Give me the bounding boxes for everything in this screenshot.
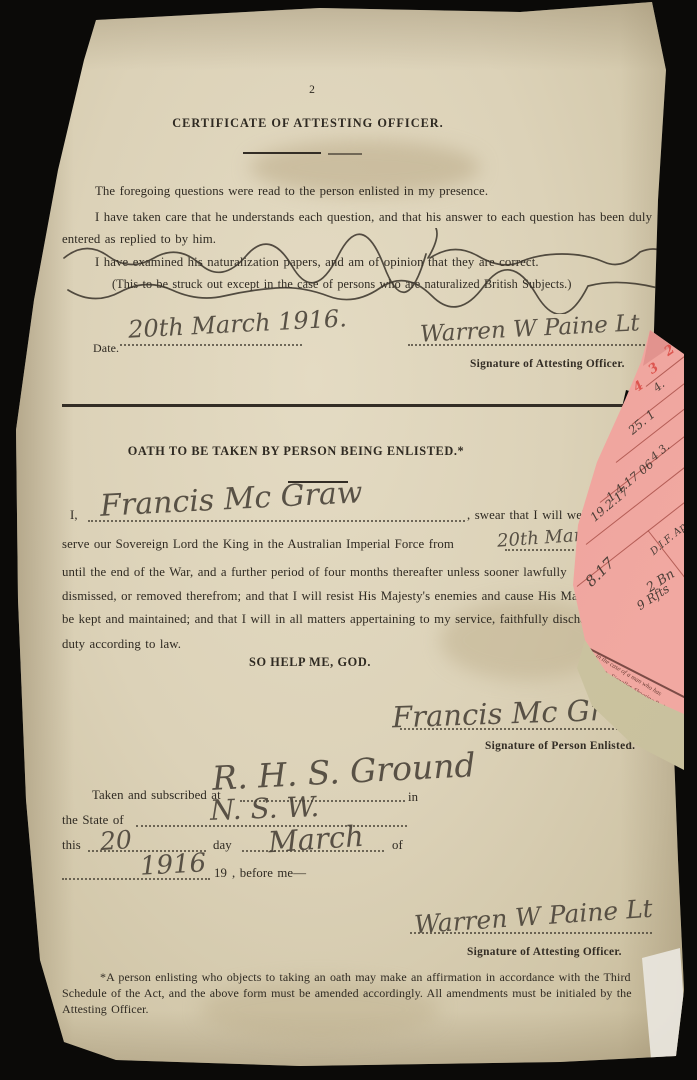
strikeout-squiggle <box>58 228 670 314</box>
footnote-line-1: *A person enlisting who objects to takin… <box>100 970 631 985</box>
place-handwritten: R. H. S. Ground <box>211 745 476 798</box>
state-handwritten: N. S. W. <box>209 790 319 827</box>
enlisted-signature-line <box>400 728 650 730</box>
oath-line-2: serve our Sovereign Lord the King in the… <box>62 537 454 552</box>
date-label: Date. <box>93 341 119 356</box>
pink-entry: 8.17 <box>582 554 618 590</box>
taken-at-label: Taken and subscribed at <box>92 788 221 803</box>
year-handwritten: 1916 <box>139 848 207 881</box>
of-label: of <box>392 838 403 853</box>
signature-caption-bottom: Signature of Attesting Officer. <box>467 946 622 958</box>
year-prefix-label: 19 <box>214 866 227 881</box>
in-label: in <box>408 790 418 805</box>
paper-edge-shade-top <box>0 0 697 70</box>
oath-line-1-suffix: , swear that I will well <box>467 508 589 523</box>
oath-line-4: dismissed, or removed therefrom; and tha… <box>62 589 659 604</box>
officer-signature-top: Warren W Paine Lt <box>419 310 640 347</box>
pink-red-mark: 4 <box>631 378 647 395</box>
enlisted-name-handwritten: Francis Mc Graw <box>99 475 363 524</box>
so-help-me-god: SO HELP ME, GOD. <box>249 655 371 670</box>
certificate-title: CERTIFICATE OF ATTESTING OFFICER. <box>172 116 444 131</box>
before-me-label: , before me— <box>232 866 306 881</box>
title-rule-right <box>328 153 362 155</box>
officer-signature-line-bottom <box>410 932 652 934</box>
page-number: 2 <box>309 84 315 96</box>
oath-line-3: until the end of the War, and a further … <box>62 565 567 580</box>
day-handwritten: 20 <box>99 825 133 856</box>
pink-red-mark: 2 <box>662 342 678 359</box>
certificate-paragraph-2a: I have taken care that he understands ea… <box>95 210 652 225</box>
certificate-paragraph-1: The foregoing questions were read to the… <box>95 184 488 199</box>
footnote-line-3: Attesting Officer. <box>62 1002 149 1017</box>
signature-caption-top: Signature of Attesting Officer. <box>470 358 625 370</box>
title-rule-left <box>243 152 321 154</box>
oath-line-5: be kept and maintained; and that I will … <box>62 612 623 627</box>
enlisted-signature-caption: Signature of Person Enlisted. <box>485 740 635 752</box>
oath-line-1-prefix: I, <box>70 508 78 523</box>
month-handwritten: March <box>267 819 365 860</box>
date-dotted-line <box>120 344 302 346</box>
day-label: day <box>213 838 232 853</box>
oath-line-6: duty according to law. <box>62 637 181 652</box>
this-label: this <box>62 838 81 853</box>
scanned-document-page: { "page": { "number": "2" }, "certificat… <box>0 0 697 1080</box>
section-divider <box>62 404 657 407</box>
footnote-line-2: Schedule of the Act, and the above form … <box>62 986 632 1001</box>
oath-title: OATH TO BE TAKEN BY PERSON BEING ENLISTE… <box>128 444 465 459</box>
